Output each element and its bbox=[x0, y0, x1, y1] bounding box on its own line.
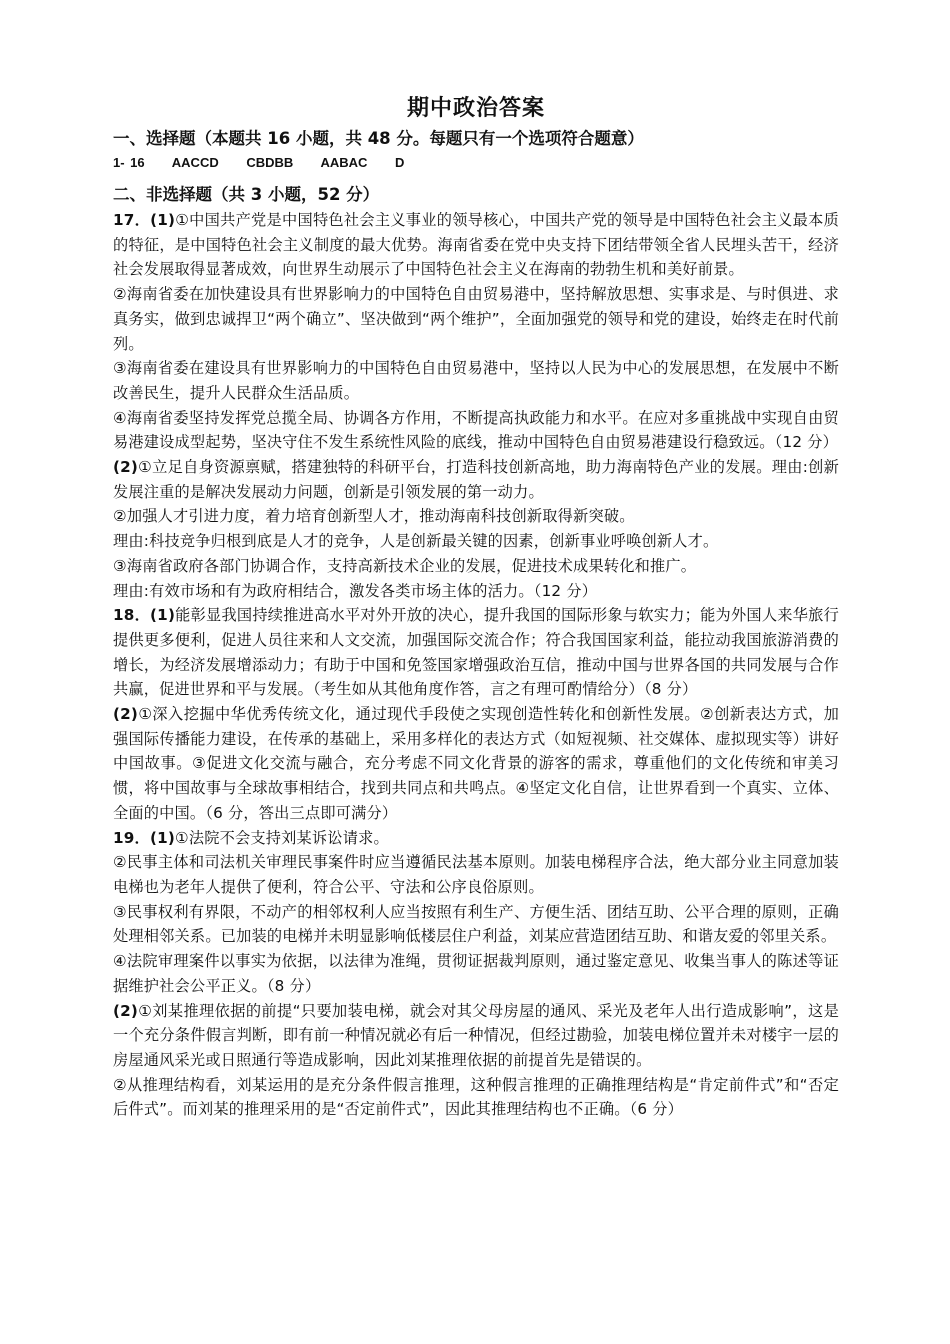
q17-part2-label: (2) bbox=[113, 458, 138, 476]
q18-part1: 18．(1)能彰显我国持续推进高水平对外开放的决心，提升我国的国际形象与软实力；… bbox=[113, 603, 839, 702]
q18-part2: (2)①深入挖掘中华优秀传统文化，通过现代手段使之实现创造性转化和创新性发展。②… bbox=[113, 702, 839, 826]
q17-part1-point4: ④海南省委坚持发挥党总揽全局、协调各方作用，不断提高执政能力和水平。在应对多重挑… bbox=[113, 406, 839, 455]
q18-part2-label: (2) bbox=[113, 705, 138, 723]
page-title: 期中政治答案 bbox=[113, 92, 839, 126]
q18-p1-text: 能彰显我国持续推进高水平对外开放的决心，提升我国的国际形象与软实力；能为外国人来… bbox=[113, 606, 839, 698]
section-1-heading: 一、选择题（本题共 16 小题，共 48 分。每题只有一个选项符合题意） bbox=[113, 126, 839, 152]
answer-group-2: CBDBB bbox=[246, 155, 293, 170]
q17-p2-1-text: ①立足自身资源禀赋，搭建独特的科研平台，打造科技创新高地，助力海南特色产业的发展… bbox=[113, 458, 839, 501]
q19-part1-point3: ③民事权利有界限，不动产的相邻权利人应当按照有利生产、方便生活、团结互助、公平合… bbox=[113, 900, 839, 949]
q19-part2-label: (2) bbox=[113, 1002, 138, 1020]
q17-part1-label: (1) bbox=[150, 211, 175, 229]
q18-part1-label: (1) bbox=[150, 606, 175, 624]
q19-number: 19． bbox=[113, 829, 150, 847]
section-2-heading: 二、非选择题（共 3 小题，52 分） bbox=[113, 182, 839, 208]
answer-group-4: D bbox=[395, 155, 404, 170]
answer-group-1: AACCD bbox=[172, 155, 219, 170]
q17-part2-point2: ②加强人才引进力度，着力培育创新型人才，推动海南科技创新取得新突破。 bbox=[113, 504, 839, 529]
q19-p1-1-text: ①法院不会支持刘某诉讼请求。 bbox=[175, 829, 389, 847]
q19-part1-label: (1) bbox=[150, 829, 175, 847]
q17-part2-reason2: 理由:科技竞争归根到底是人才的竞争，人是创新最关键的因素，创新事业呼唤创新人才。 bbox=[113, 529, 839, 554]
answer-group-3: AABAC bbox=[320, 155, 367, 170]
q17-part1-point1: 17．(1)①中国共产党是中国特色社会主义事业的领导核心，中国共产党的领导是中国… bbox=[113, 208, 839, 282]
q17-p1-1-text: ①中国共产党是中国特色社会主义事业的领导核心，中国共产党的领导是中国特色社会主义… bbox=[113, 211, 839, 278]
q17-part1-point2: ②海南省委在加快建设具有世界影响力的中国特色自由贸易港中，坚持解放思想、实事求是… bbox=[113, 282, 839, 356]
q17-part2-point1: (2)①立足自身资源禀赋，搭建独特的科研平台，打造科技创新高地，助力海南特色产业… bbox=[113, 455, 839, 504]
q19-part1-point1: 19．(1)①法院不会支持刘某诉讼请求。 bbox=[113, 826, 839, 851]
q17-number: 17． bbox=[113, 211, 150, 229]
q17-part1-point3: ③海南省委在建设具有世界影响力的中国特色自由贸易港中，坚持以人民为中心的发展思想… bbox=[113, 356, 839, 405]
q19-part1-point2: ②民事主体和司法机关审理民事案件时应当遵循民法基本原则。加装电梯程序合法，绝大部… bbox=[113, 850, 839, 899]
q18-number: 18． bbox=[113, 606, 150, 624]
q19-part1-point4: ④法院审理案件以事实为依据，以法律为准绳，贯彻证据裁判原则，通过鉴定意见、收集当… bbox=[113, 949, 839, 998]
q19-part2-point2: ②从推理结构看，刘某运用的是充分条件假言推理，这种假言推理的正确推理结构是“肯定… bbox=[113, 1073, 839, 1122]
answer-document: 期中政治答案 一、选择题（本题共 16 小题，共 48 分。每题只有一个选项符合… bbox=[113, 92, 839, 1122]
q18-p2-text: ①深入挖掘中华优秀传统文化，通过现代手段使之实现创造性转化和创新性发展。②创新表… bbox=[113, 705, 839, 822]
q19-part2-point1: (2)①刘某推理依据的前提“只要加装电梯，就会对其父母房屋的通风、采光及老年人出… bbox=[113, 999, 839, 1073]
q19-p2-1-text: ①刘某推理依据的前提“只要加装电梯，就会对其父母房屋的通风、采光及老年人出行造成… bbox=[113, 1002, 839, 1069]
multiple-choice-answers: 1- 16 AACCD CBDBB AABAC D bbox=[113, 152, 839, 176]
q17-part2-reason3: 理由:有效市场和有为政府相结合，激发各类市场主体的活力。（12 分） bbox=[113, 579, 839, 604]
answer-range: 1- 16 bbox=[113, 155, 145, 170]
q17-part2-point3: ③海南省政府各部门协调合作，支持高新技术企业的发展，促进技术成果转化和推广。 bbox=[113, 554, 839, 579]
